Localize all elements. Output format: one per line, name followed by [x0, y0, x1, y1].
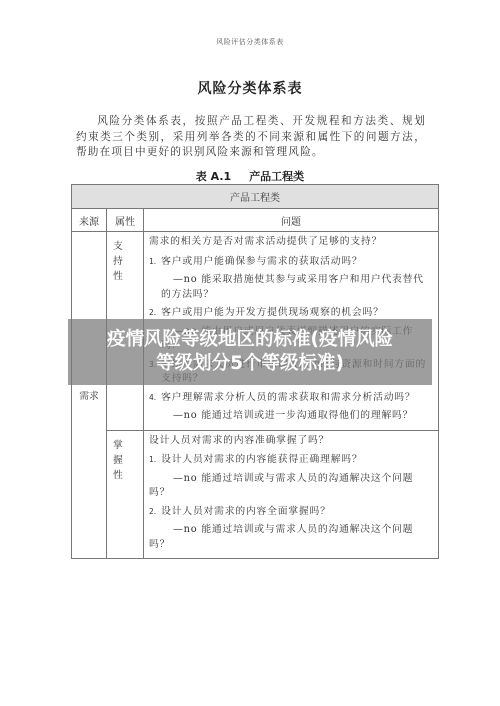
question-item: 1.设计人员对需求的内容能获得正确理解吗？: [149, 453, 433, 468]
question-sub: —no 能通过培训或进一步沟通取得他们的理解吗？: [149, 409, 433, 424]
overlay-caption: 疫情风险等级地区的标准(疫情风险 等级划分5个等级标准): [68, 319, 432, 385]
question-cell: 设计人员对需求的内容准确掌握了吗？ 1.设计人员对需求的内容能获得正确理解吗？ …: [144, 430, 439, 559]
source-cell: 需求: [72, 232, 107, 559]
overlay-line-2: 等级划分5个等级标准): [156, 352, 344, 376]
question-sub: —no 能通过培训或与需求人员的沟通解决这个问题吗？: [149, 472, 433, 501]
table-caption-title: 产品工程类: [249, 170, 304, 183]
table-caption-number: 表 A.1: [196, 170, 231, 183]
attribute-cell: 掌握性: [107, 430, 144, 559]
table-row: 掌握性 设计人员对需求的内容准确掌握了吗？ 1.设计人员对需求的内容能获得正确理…: [72, 430, 439, 559]
question-sub: —no 能通过培训或与需求人员的沟通解决这个问题吗？: [149, 523, 433, 552]
question-item: 4.客户理解需求分析人员的需求获取和需求分析活动吗？: [149, 391, 433, 406]
question-item: 2.设计人员对需求的内容全面掌握吗？: [149, 505, 433, 520]
column-header-question: 问题: [144, 209, 439, 232]
main-question: 需求的相关方是否对需求活动提供了足够的支持？: [149, 235, 433, 250]
document-title: 风险分类体系表: [0, 78, 500, 98]
question-sub: —no 能采取措施使其参与或采用客户和用户代表替代的方法吗？: [149, 273, 433, 302]
column-header-attribute: 属性: [107, 209, 144, 232]
table-group-header: 产品工程类: [72, 185, 439, 209]
overlay-line-1: 疫情风险等级地区的标准(疫情风险: [107, 328, 393, 352]
intro-paragraph: 风险分类体系表，按照产品工程类、开发规程和方法类、规划约束类三个类别，采用列举各…: [76, 114, 426, 161]
question-item: 1.客户或用户能确保参与需求的获取活动吗？: [149, 255, 433, 270]
running-header: 风险评估分类体系表: [0, 37, 500, 47]
main-question: 设计人员对需求的内容准确掌握了吗？: [149, 434, 433, 449]
column-header-source: 来源: [72, 209, 107, 232]
table-caption: 表 A.1产品工程类: [0, 168, 500, 184]
